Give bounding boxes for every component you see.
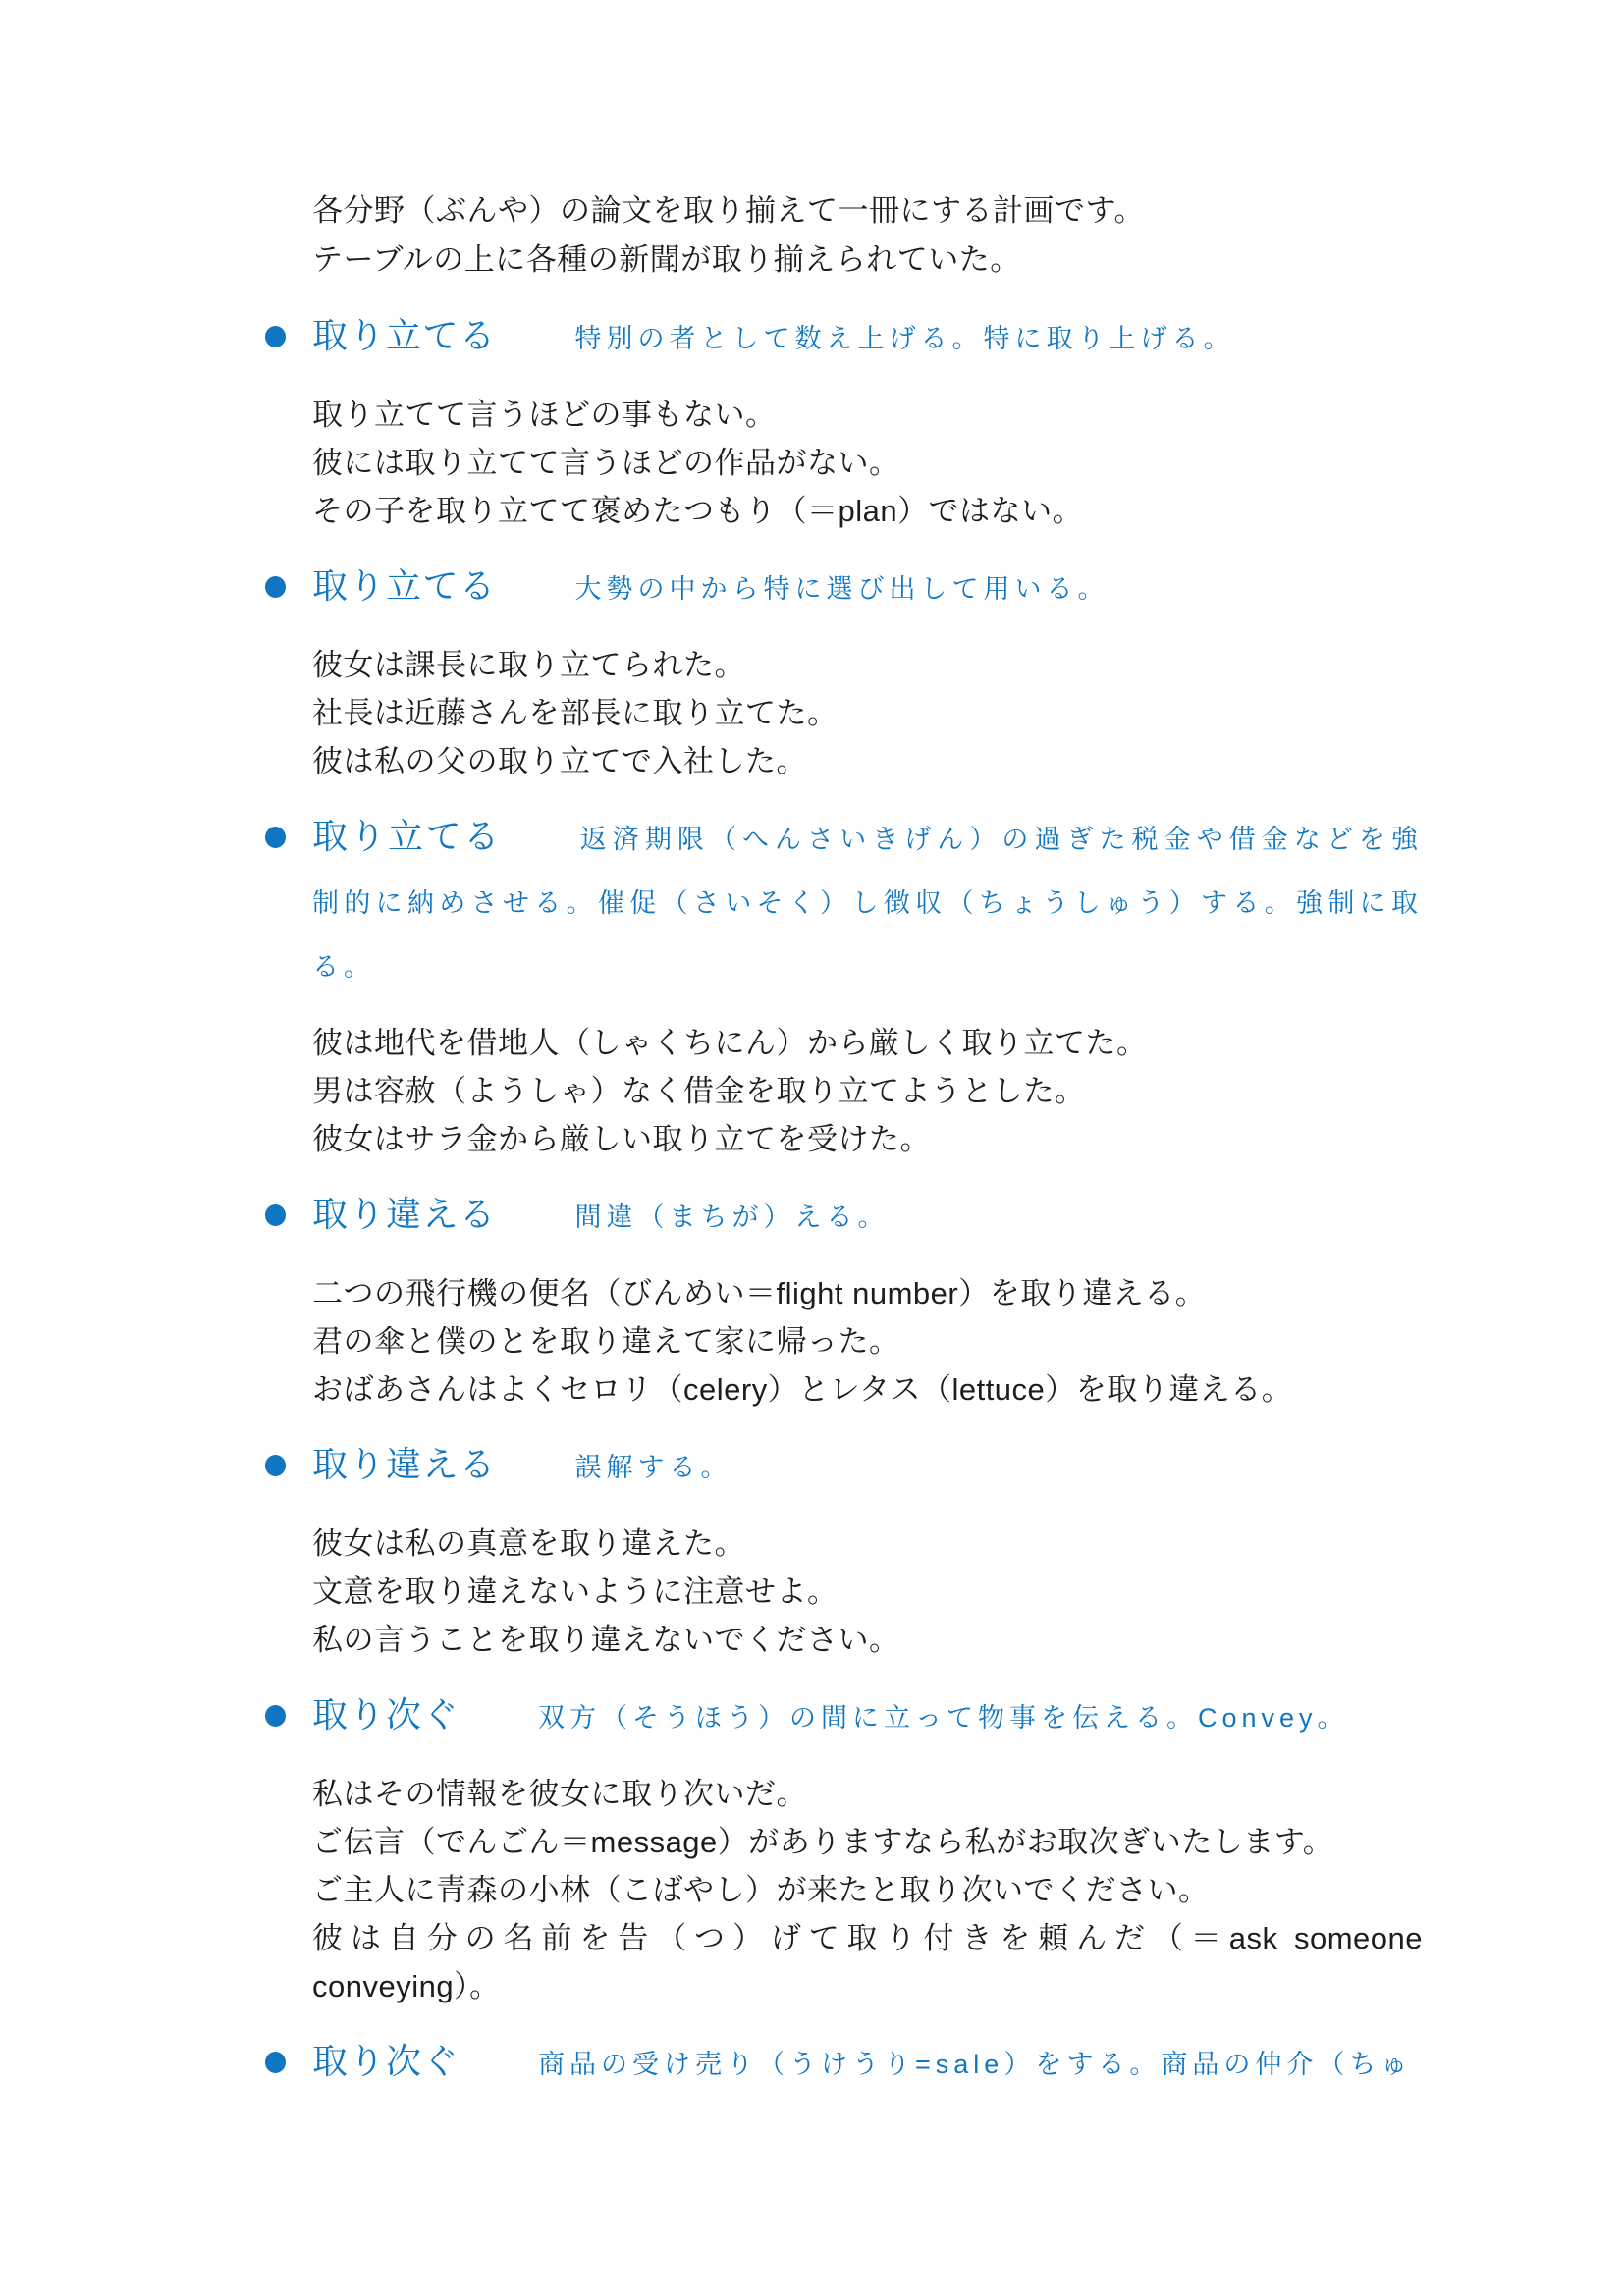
example-sentence: 彼は自分の名前を告（つ）げて取り付きを頼んだ（＝ask someone conv… <box>312 1914 1423 2010</box>
example-sentence: テーブルの上に各種の新聞が取り揃えられていた。 <box>312 236 1423 285</box>
example-sentence: 男は容赦（ようしゃ）なく借金を取り立てようとした。 <box>312 1067 1423 1115</box>
example-sentence: 彼は私の父の取り立てで入社した。 <box>312 737 1423 785</box>
entry-header: 取り立てる返済期限（へんさいきげん）の過ぎた税金や借金などを強制的に納めさせる。… <box>312 807 1423 1001</box>
entry-headword: 取り立てる <box>312 816 502 856</box>
example-sentence: 文意を取り違えないように注意せよ。 <box>312 1568 1423 1616</box>
example-sentence: その子を取り立てて褒めたつもり（＝plan）ではない。 <box>312 487 1423 535</box>
entry-definition: 特別の者として数え上げる。特に取り上げる。 <box>575 324 1235 353</box>
bullet-icon <box>265 827 286 848</box>
dictionary-entry: 取り違える誤解する。彼女は私の真意を取り違えた。文意を取り違えないように注意せよ… <box>312 1435 1423 1664</box>
entry-definition: 誤解する。 <box>575 1453 732 1482</box>
bullet-icon <box>265 1455 286 1476</box>
entry-definition: 大勢の中から特に選び出して用いる。 <box>575 574 1110 604</box>
example-sentence: 私はその情報を彼女に取り次いだ。 <box>312 1770 1423 1818</box>
dictionary-entry: 取り次ぐ商品の受け売り（うけうり=sale）をする。商品の仲介（ちゅ <box>312 2032 1423 2099</box>
dictionary-entry: 取り次ぐ双方（そうほう）の間に立って物事を伝える。Convey。私はその情報を彼… <box>312 1685 1423 2010</box>
example-sentence: ご伝言（でんごん＝message）がありますなら私がお取次ぎいたします。 <box>312 1818 1423 1866</box>
bullet-icon <box>265 1204 286 1226</box>
example-group: 彼は地代を借地人（しゃくちにん）から厳しく取り立てた。男は容赦（ようしゃ）なく借… <box>312 1019 1423 1163</box>
dictionary-entry: 取り立てる特別の者として数え上げる。特に取り上げる。取り立てて言うほどの事もない… <box>312 306 1423 535</box>
example-group: 彼女は私の真意を取り違えた。文意を取り違えないように注意せよ。私の言うことを取り… <box>312 1520 1423 1664</box>
entry-header: 取り違える誤解する。 <box>312 1435 1423 1502</box>
entry-headword: 取り立てる <box>312 565 497 606</box>
example-sentence: 取り立てて言うほどの事もない。 <box>312 391 1423 439</box>
dictionary-entry: 取り違える間違（まちが）える。二つの飛行機の便名（びんめい＝flight num… <box>312 1185 1423 1414</box>
entry-definition: 商品の受け売り（うけうり=sale）をする。商品の仲介（ちゅ <box>538 2050 1412 2079</box>
entry-list: 取り立てる特別の者として数え上げる。特に取り上げる。取り立てて言うほどの事もない… <box>312 306 1423 2099</box>
entry-headword: 取り次ぐ <box>312 2041 460 2081</box>
example-sentence: 彼は地代を借地人（しゃくちにん）から厳しく取り立てた。 <box>312 1019 1423 1067</box>
example-group: 二つの飛行機の便名（びんめい＝flight number）を取り違える。君の傘と… <box>312 1269 1423 1414</box>
example-sentence: 彼女は私の真意を取り違えた。 <box>312 1520 1423 1568</box>
example-sentence: 彼には取り立てて言うほどの作品がない。 <box>312 439 1423 487</box>
example-sentence: 各分野（ぶんや）の論文を取り揃えて一冊にする計画です。 <box>312 187 1423 236</box>
dictionary-entry: 取り立てる返済期限（へんさいきげん）の過ぎた税金や借金などを強制的に納めさせる。… <box>312 807 1423 1163</box>
example-sentence: 彼女はサラ金から厳しい取り立てを受けた。 <box>312 1115 1423 1163</box>
bullet-icon <box>265 1705 286 1727</box>
entry-headword: 取り違える <box>312 1194 497 1234</box>
entry-headword: 取り立てる <box>312 315 497 355</box>
example-sentence: 社長は近藤さんを部長に取り立てた。 <box>312 689 1423 737</box>
bullet-icon <box>265 2052 286 2073</box>
entry-header: 取り立てる特別の者として数え上げる。特に取り上げる。 <box>312 306 1423 373</box>
entry-headword: 取り違える <box>312 1444 497 1484</box>
entry-headword: 取り次ぐ <box>312 1694 460 1735</box>
intro-examples: 各分野（ぶんや）の論文を取り揃えて一冊にする計画です。テーブルの上に各種の新聞が… <box>312 187 1423 285</box>
bullet-icon <box>265 326 286 347</box>
example-group: 彼女は課長に取り立てられた。社長は近藤さんを部長に取り立てた。彼は私の父の取り立… <box>312 641 1423 785</box>
example-group: 私はその情報を彼女に取り次いだ。ご伝言（でんごん＝message）がありますなら… <box>312 1770 1423 2010</box>
example-sentence: 二つの飛行機の便名（びんめい＝flight number）を取り違える。 <box>312 1269 1423 1317</box>
entry-header: 取り次ぐ商品の受け売り（うけうり=sale）をする。商品の仲介（ちゅ <box>312 2032 1423 2099</box>
example-sentence: ご主人に青森の小林（こばやし）が来たと取り次いでください。 <box>312 1866 1423 1914</box>
example-sentence: 彼女は課長に取り立てられた。 <box>312 641 1423 689</box>
example-sentence: おばあさんはよくセロリ（celery）とレタス（lettuce）を取り違える。 <box>312 1365 1423 1414</box>
entry-definition: 双方（そうほう）の間に立って物事を伝える。Convey。 <box>538 1703 1349 1733</box>
entry-definition: 間違（まちが）える。 <box>575 1202 890 1232</box>
example-group: 取り立てて言うほどの事もない。彼には取り立てて言うほどの作品がない。その子を取り… <box>312 391 1423 535</box>
entry-header: 取り次ぐ双方（そうほう）の間に立って物事を伝える。Convey。 <box>312 1685 1423 1752</box>
example-sentence: 私の言うことを取り違えないでください。 <box>312 1616 1423 1664</box>
example-sentence: 君の傘と僕のとを取り違えて家に帰った。 <box>312 1317 1423 1365</box>
dictionary-entry: 取り立てる大勢の中から特に選び出して用いる。彼女は課長に取り立てられた。社長は近… <box>312 557 1423 785</box>
entry-header: 取り立てる大勢の中から特に選び出して用いる。 <box>312 557 1423 623</box>
bullet-icon <box>265 576 286 598</box>
document-page: 各分野（ぶんや）の論文を取り揃えて一冊にする計画です。テーブルの上に各種の新聞が… <box>0 0 1624 2296</box>
entry-header: 取り違える間違（まちが）える。 <box>312 1185 1423 1252</box>
